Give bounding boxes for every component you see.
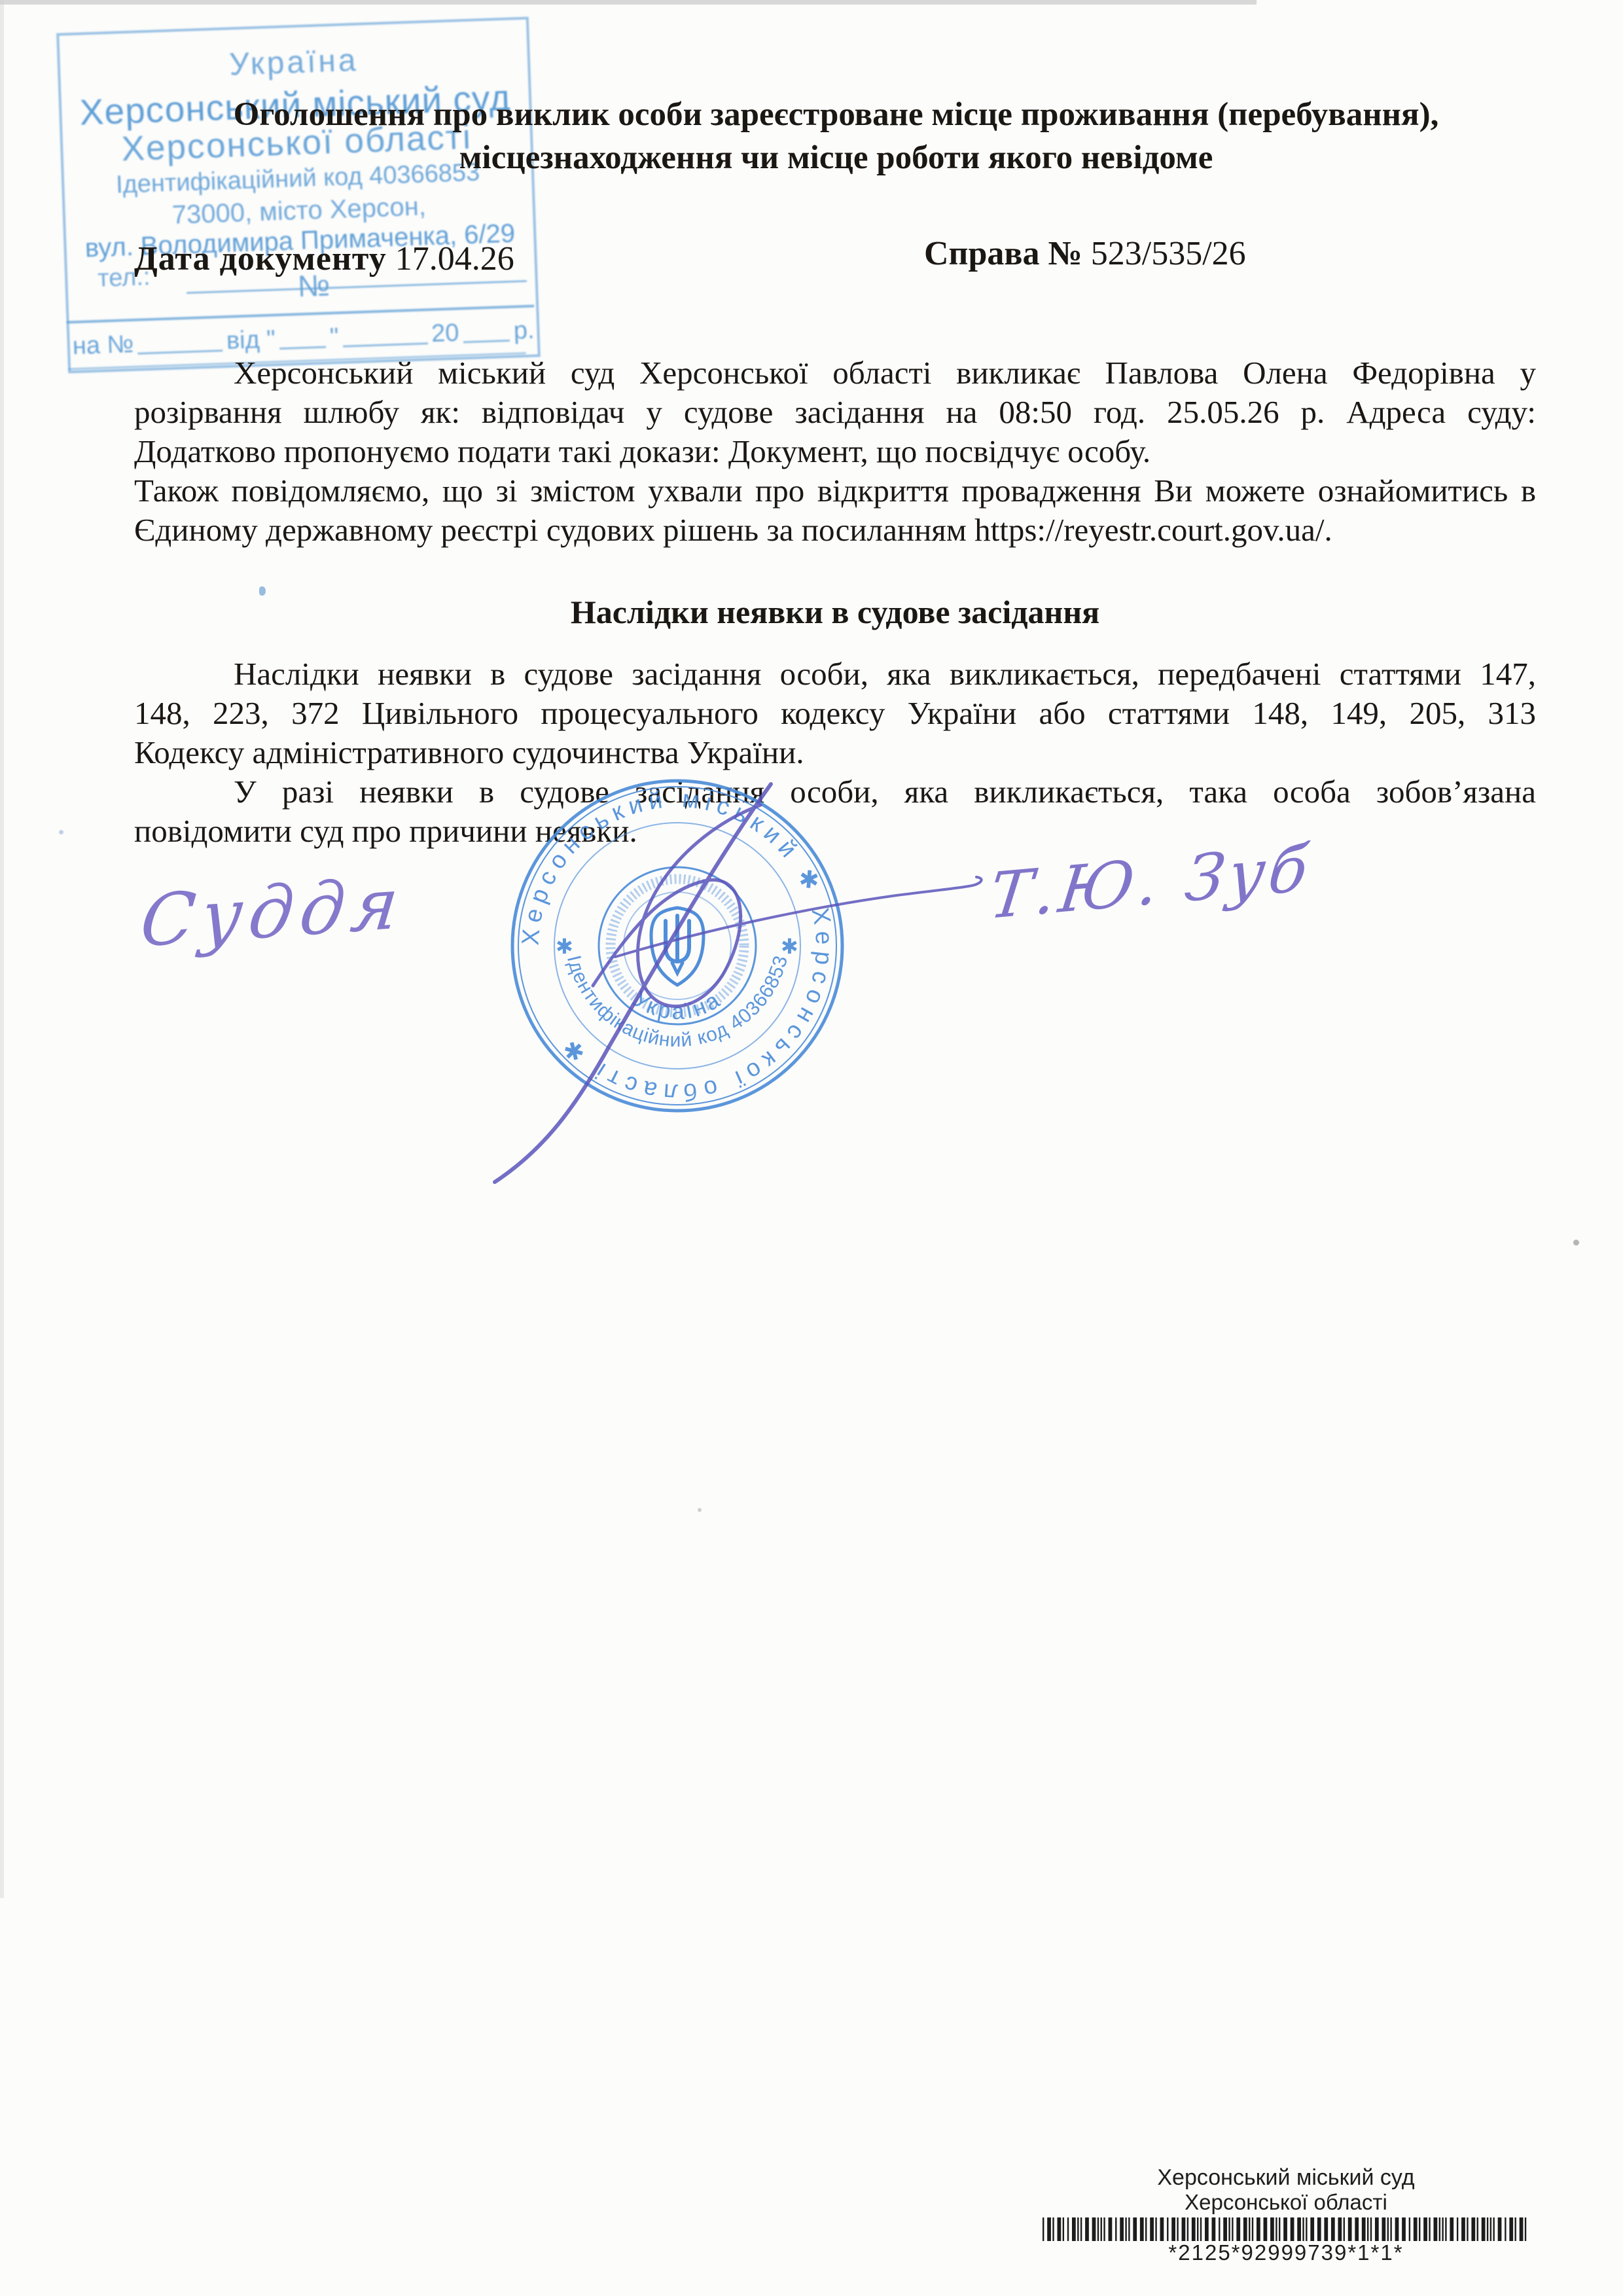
handwritten-judge-label: Суддя (137, 862, 409, 963)
case-value: 523/535/26 (1091, 235, 1246, 272)
scanner-edge-artifact (0, 0, 1257, 5)
date-value: 17.04.26 (395, 240, 514, 278)
scanner-edge-artifact (0, 0, 4, 1898)
stamp-blank (279, 320, 327, 350)
stamp-ref-vid: від " (226, 325, 276, 355)
footer-court-region: Херсонської області (991, 2190, 1580, 2215)
scanner-speck (59, 830, 63, 834)
barcode-value: *2125*92999739*1*1* (991, 2241, 1580, 2265)
title-line-2: місцезнаходження чи місце роботи якого н… (134, 136, 1538, 179)
scanner-speck (1573, 1240, 1579, 1246)
body-line: Також повідомляємо, що зі змістом ухвали… (134, 471, 1536, 511)
stamp-ref-year: 20 (431, 319, 459, 348)
stamp-ref-quote: " (329, 323, 339, 351)
signature-stroke (495, 784, 771, 1182)
body-line: Херсонський міський суд Херсонської обла… (134, 353, 1536, 393)
body-line: 148, 223, 372 Цивільного процесуального … (134, 694, 1536, 733)
body-line: Єдиному державному реєстрі судових рішен… (134, 511, 1536, 550)
scanner-speck (698, 1508, 702, 1512)
document-date: Дата документу 17.04.26 (134, 240, 514, 278)
footer-court-name: Херсонський міський суд (991, 2165, 1580, 2190)
stamp-blank (137, 323, 223, 355)
body-line: Додатково пропонуємо подати такі докази:… (134, 432, 1536, 471)
body-line: Наслідки неявки в судове засідання особи… (134, 655, 1536, 694)
scanned-court-document: Україна Херсонський міський суд Херсонсь… (0, 0, 1623, 2296)
document-title: Оголошення про виклик особи зареєстрован… (134, 93, 1538, 179)
body-line: розірвання шлюбу як: відповідач у судове… (134, 393, 1536, 432)
section-heading: Наслідки неявки в судове засідання (134, 593, 1536, 631)
court-corner-stamp: Україна Херсонський міський суд Херсонсь… (56, 17, 541, 374)
document-barcode (1043, 2217, 1529, 2241)
summons-paragraph: Херсонський міський суд Херсонської обла… (134, 353, 1536, 550)
footer-court-block: Херсонський міський суд Херсонської обла… (991, 2165, 1580, 2265)
case-number: Справа № 523/535/26 (924, 234, 1246, 273)
date-label: Дата документу (134, 240, 387, 278)
stamp-ref-r: р. (513, 317, 535, 346)
stamp-blank (342, 316, 428, 348)
title-line-1: Оголошення про виклик особи зареєстрован… (134, 93, 1538, 136)
judge-signature-ink (425, 753, 1080, 1211)
case-label: Справа № (924, 235, 1082, 272)
stamp-blank (463, 314, 510, 343)
stamp-ref-na: на № (72, 331, 134, 361)
